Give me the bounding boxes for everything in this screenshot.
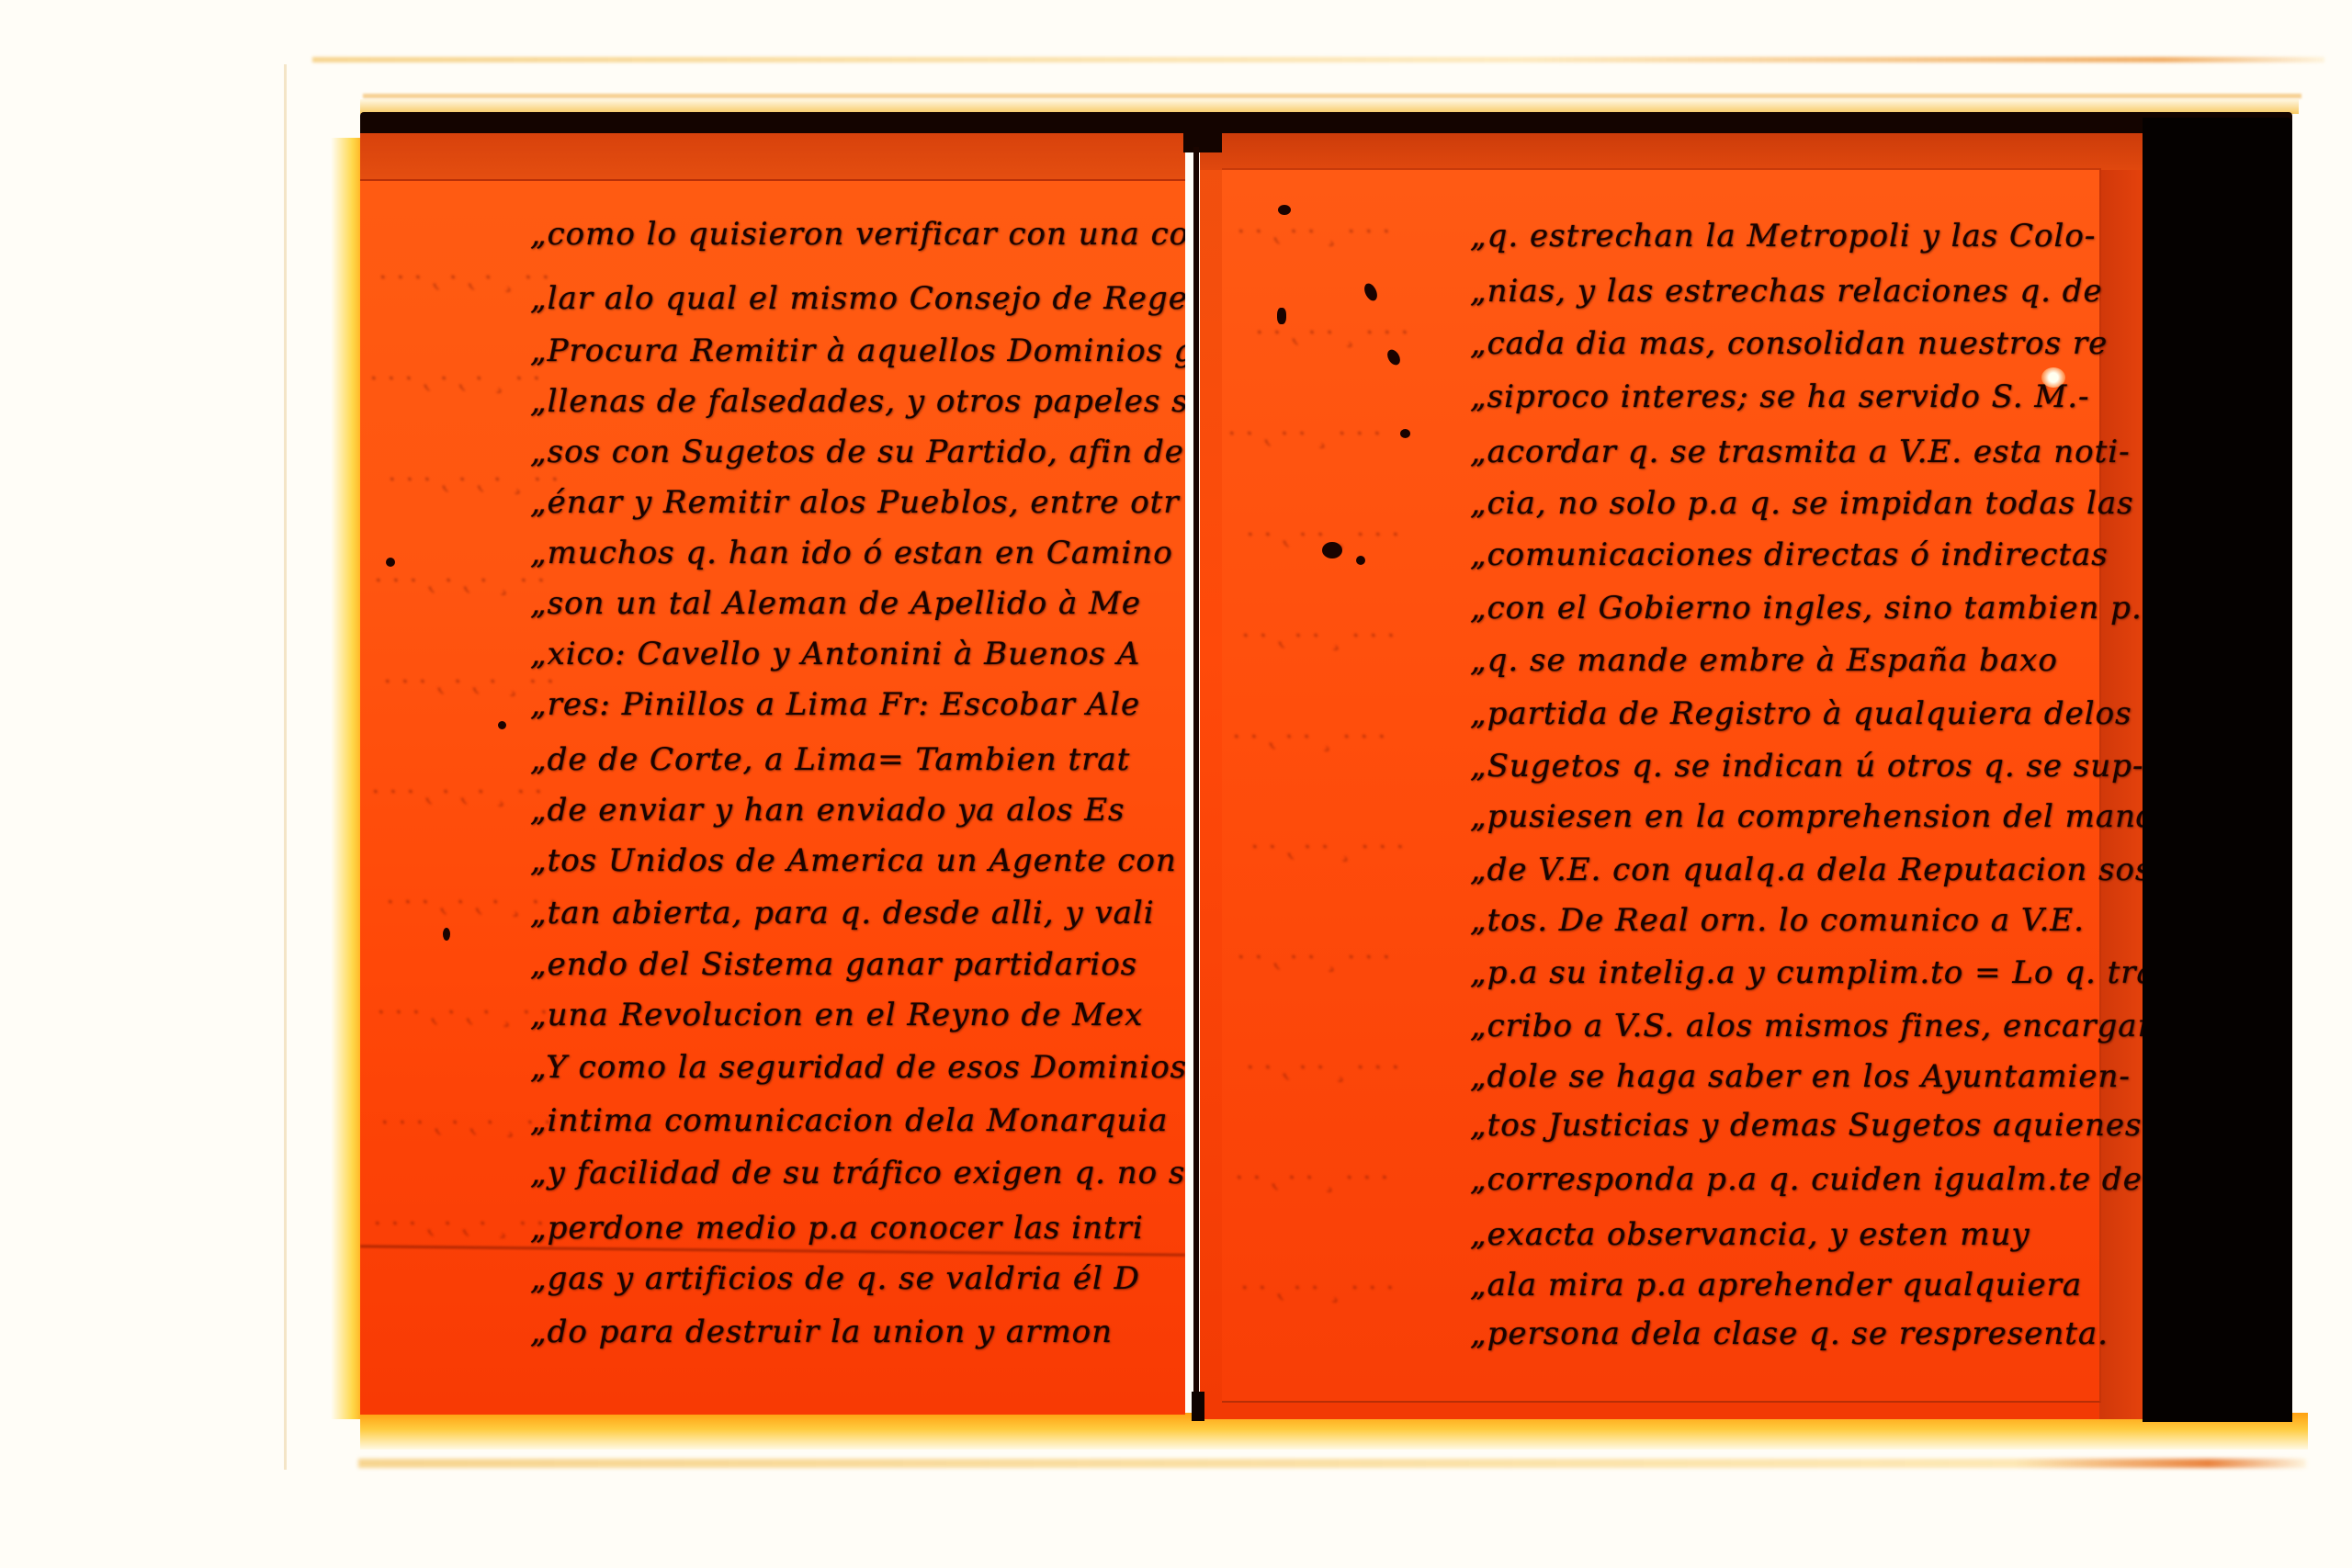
right-page: · · · ˛ · · , · · · · · ˛ · · , · · · · … (1200, 133, 2143, 1419)
scanner-top-bar (360, 112, 2292, 134)
manuscript-line: „lar alo qual el mismo Consejo de Regenc… (530, 283, 1185, 314)
manuscript-line: „cada dia mas, consolidan nuestros re (1470, 328, 2108, 359)
manuscript-line: „do para destruir la union y armon (530, 1316, 1113, 1348)
manuscript-line: „ala mira p.a aprehender qualquiera (1470, 1269, 2082, 1301)
left-page: · · ˛ · , · ‚ · · · · · ˛ · , · ‚ · · · … (360, 133, 1185, 1415)
manuscript-line: „comunicaciones directas ó indirectas (1470, 539, 2109, 570)
manuscript-line: „Procura Remitir à aquellos Dominios gaz (530, 335, 1185, 367)
manuscript-line: „xico: Cavello y Antonini à Buenos A (530, 638, 1140, 670)
manuscript-line: „q. estrechan la Metropoli y las Colo- (1470, 220, 2096, 252)
manuscript-line: „acordar q. se trasmita a V.E. esta noti… (1470, 436, 2131, 468)
manuscript-line: „énar y Remitir alos Pueblos, entre otr (530, 487, 1180, 518)
manuscript-line: „de de Corte, a Lima= Tambien trat (530, 744, 1130, 775)
frame-left-edge (284, 64, 287, 1470)
manuscript-line: „muchos q. han ido ó estan en Camino (530, 537, 1173, 569)
manuscript-line: „dole se haga saber en los Ayuntamien- (1470, 1061, 2131, 1092)
manuscript-line: „tos Justicias y demas Sugetos aquienes (1470, 1110, 2142, 1141)
light-glare (2041, 367, 2065, 388)
manuscript-line: „como lo quisieron verificar con una co (530, 219, 1185, 250)
frame-bottom-edge (358, 1459, 2306, 1468)
manuscript-line: „de V.E. con qualq.a dela Reputacion sos… (1470, 854, 2143, 886)
manuscript-line: „tos Unidos de America un Agente con (530, 845, 1177, 876)
manuscript-line: „llenas de falsedades, y otros papeles s… (530, 386, 1185, 417)
frame-top-edge (312, 57, 2324, 62)
manuscript-line: „y facilidad de su tráfico exigen q. no … (530, 1157, 1185, 1189)
gutter-notch (1183, 112, 1222, 152)
scanner-right-black-strip (2143, 118, 2292, 1422)
manuscript-line: „partida de Registro à qualquiera delos (1470, 698, 2132, 729)
manuscript-line: „perdone medio p.a conocer las intri (530, 1213, 1144, 1244)
right-page-text: „q. estrechan la Metropoli y las Colo- „… (1200, 133, 2119, 1419)
manuscript-line: „endo del Sistema ganar partidarios (530, 949, 1137, 980)
manuscript-line: „sos con Sugetos de su Partido, afin de … (530, 436, 1185, 468)
gutter-bottom-mark (1192, 1392, 1204, 1421)
manuscript-line: „una Revolucion en el Reyno de Mex (530, 999, 1143, 1031)
manuscript-line: „tos. De Real orn. lo comunico a V.E. (1470, 905, 2085, 936)
manuscript-line: „Y como la seguridad de esos Dominios, l… (530, 1052, 1185, 1083)
page-gutter-line (1193, 147, 1199, 1419)
manuscript-line: „tan abierta, para q. desde alli, y vali (530, 897, 1155, 929)
manuscript-line: „gas y artificios de q. se valdria él D (530, 1263, 1140, 1294)
manuscript-line: „de enviar y han enviado ya alos Es (530, 795, 1125, 826)
manuscript-line: „pusiesen en la comprehension del mando (1470, 801, 2143, 832)
manuscript-line: „cribo a V.S. alos mismos fines, encarga… (1470, 1010, 2143, 1042)
manuscript-line: „p.a su intelig.a y cumplim.to = Lo q. t… (1470, 957, 2143, 988)
manuscript-line: „con el Gobierno ingles, sino tambien p.… (1470, 592, 2143, 624)
manuscript-line: „cia, no solo p.a q. se impidan todas la… (1470, 488, 2134, 519)
manuscript-line: „exacta observancia, y esten muy (1470, 1219, 2030, 1250)
manuscript-line: „res: Pinillos a Lima Fr: Escobar Ale (530, 689, 1140, 720)
manuscript-line: „corresponda p.a q. cuiden igualm.te de … (1470, 1164, 2143, 1195)
manuscript-line: „q. se mande embre à España baxo (1470, 645, 2058, 676)
frame-inner-top-edge (363, 94, 2301, 98)
left-page-text: „como lo quisieron verificar con una co … (360, 133, 1185, 1415)
manuscript-line: „nias, y las estrechas relaciones q. de (1470, 276, 2103, 307)
manuscript-line: „Sugetos q. se indican ú otros q. se sup… (1470, 750, 2143, 782)
manuscript-line: „persona dela clase q. se respresenta. (1470, 1318, 2109, 1349)
manuscript-line: „siproco interes; se ha servido S. M.- (1470, 381, 2090, 412)
manuscript-line: „intima comunicacion dela Monarquia (530, 1105, 1168, 1136)
left-glow (331, 138, 362, 1419)
manuscript-line: „son un tal Aleman de Apellido à Me (530, 588, 1141, 619)
